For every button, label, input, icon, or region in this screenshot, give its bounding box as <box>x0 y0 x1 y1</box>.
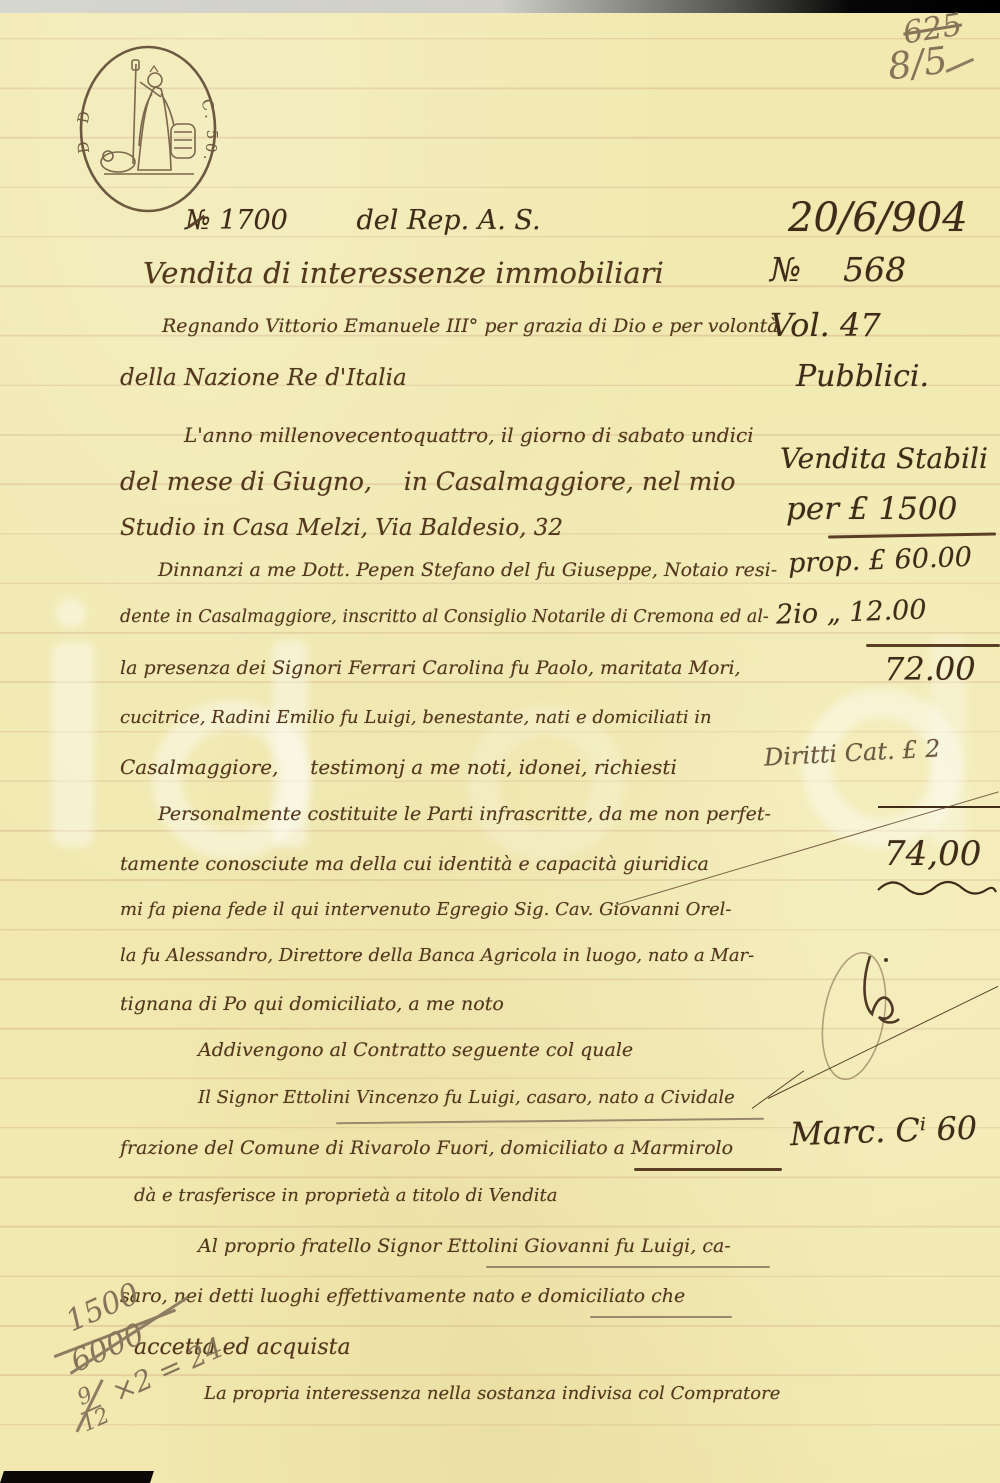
pencil-fraction: 9 12 <box>68 1381 113 1436</box>
margin-note-vendita: Vendita Stabili <box>780 444 988 475</box>
watermark <box>468 705 623 860</box>
body-line: La propria interessenza nella sostanza i… <box>204 1384 780 1404</box>
body-line: Personalmente costituite le Parti infras… <box>158 804 771 825</box>
pencil-underline <box>486 1266 770 1268</box>
flourish-under-total <box>876 878 998 898</box>
body-line: della Nazione Re d'Italia <box>120 366 407 391</box>
repertorio-number-line: № 1700 del Rep. A. S. <box>185 206 541 236</box>
margin-subtotal: 72.00 <box>884 652 976 687</box>
margin-pubblici: Pubblici. <box>796 360 929 393</box>
body-line: tamente conosciute ma della cui identità… <box>120 854 709 875</box>
body-line: Addivengono al Contratto seguente col qu… <box>198 1040 633 1061</box>
body-line: del mese di Giugno, in Casalmaggiore, ne… <box>120 468 735 496</box>
stamp-left-text: D D <box>76 104 95 155</box>
margin-date: 20/6/904 <box>788 196 968 240</box>
act-title: Vendita di interessenze immobiliari <box>143 258 664 290</box>
margin-total: 74,00 <box>884 836 981 873</box>
body-line: la fu Alessandro, Direttore della Banca … <box>120 946 754 966</box>
body-line: frazione del Comune di Rivarolo Fuori, d… <box>120 1138 733 1159</box>
pencil-underline <box>336 1118 764 1124</box>
body-line: Casalmaggiore, testimonj a me noti, idon… <box>120 756 677 778</box>
ink-underline <box>634 1168 782 1171</box>
body-line: tignana di Po qui domiciliato, a me noto <box>120 994 504 1015</box>
body-line: L'anno millenovecentoquattro, il giorno … <box>184 424 754 446</box>
watermark <box>56 598 86 628</box>
scan-edge-bottom-left <box>0 1471 154 1483</box>
watermark <box>52 642 94 847</box>
ink-underline <box>828 533 996 538</box>
ink-underline <box>866 644 1000 647</box>
body-line: Studio in Casa Melzi, Via Baldesio, 32 <box>120 516 563 541</box>
body-line: Dinnanzi a me Dott. Pepen Stefano del fu… <box>158 560 777 581</box>
body-line: la presenza dei Signori Ferrari Carolina… <box>120 658 741 679</box>
scan-edge-top <box>0 0 1000 13</box>
margin-note-price: per £ 1500 <box>786 492 957 526</box>
margin-volume: Vol. 47 <box>770 308 881 343</box>
stamp-denomination: C. 50. <box>197 97 221 166</box>
svg-text:D D: D D <box>76 104 95 155</box>
paraph-flourish <box>782 938 1000 1108</box>
pencil-number: 8/5 <box>886 41 950 89</box>
margin-number: № 568 <box>770 252 906 288</box>
body-line: Al proprio fratello Signor Ettolini Giov… <box>198 1236 731 1257</box>
body-line: dente in Casalmaggiore, inscritto al Con… <box>120 608 769 627</box>
body-line: cucitrice, Radini Emilio fu Luigi, benes… <box>120 708 712 728</box>
body-line: mi fa piena fede il qui intervenuto Egre… <box>120 900 732 920</box>
notarial-document-scan: C. 50. D D 625 8/5 № 1700 del Rep. A. S.… <box>0 0 1000 1483</box>
margin-marca: Marc. Cⁱ 60 <box>789 1111 977 1153</box>
margin-fee-prop: prop. £ 60.00 <box>788 543 973 579</box>
body-line: dà e trasferisce in proprietà a titolo d… <box>134 1186 557 1206</box>
revenue-stamp: C. 50. D D <box>76 42 221 217</box>
body-line: Regnando Vittorio Emanuele III° per graz… <box>162 316 779 337</box>
sum-rule <box>878 806 1000 808</box>
svg-text:C. 50.: C. 50. <box>197 97 221 166</box>
body-line: Il Signor Ettolini Vincenzo fu Luigi, ca… <box>198 1088 735 1108</box>
margin-fee-2: 2io „ 12.00 <box>776 595 927 630</box>
pencil-underline <box>590 1316 732 1318</box>
stamp-allegorical-figure <box>101 60 195 174</box>
pencil-strike <box>945 58 973 72</box>
